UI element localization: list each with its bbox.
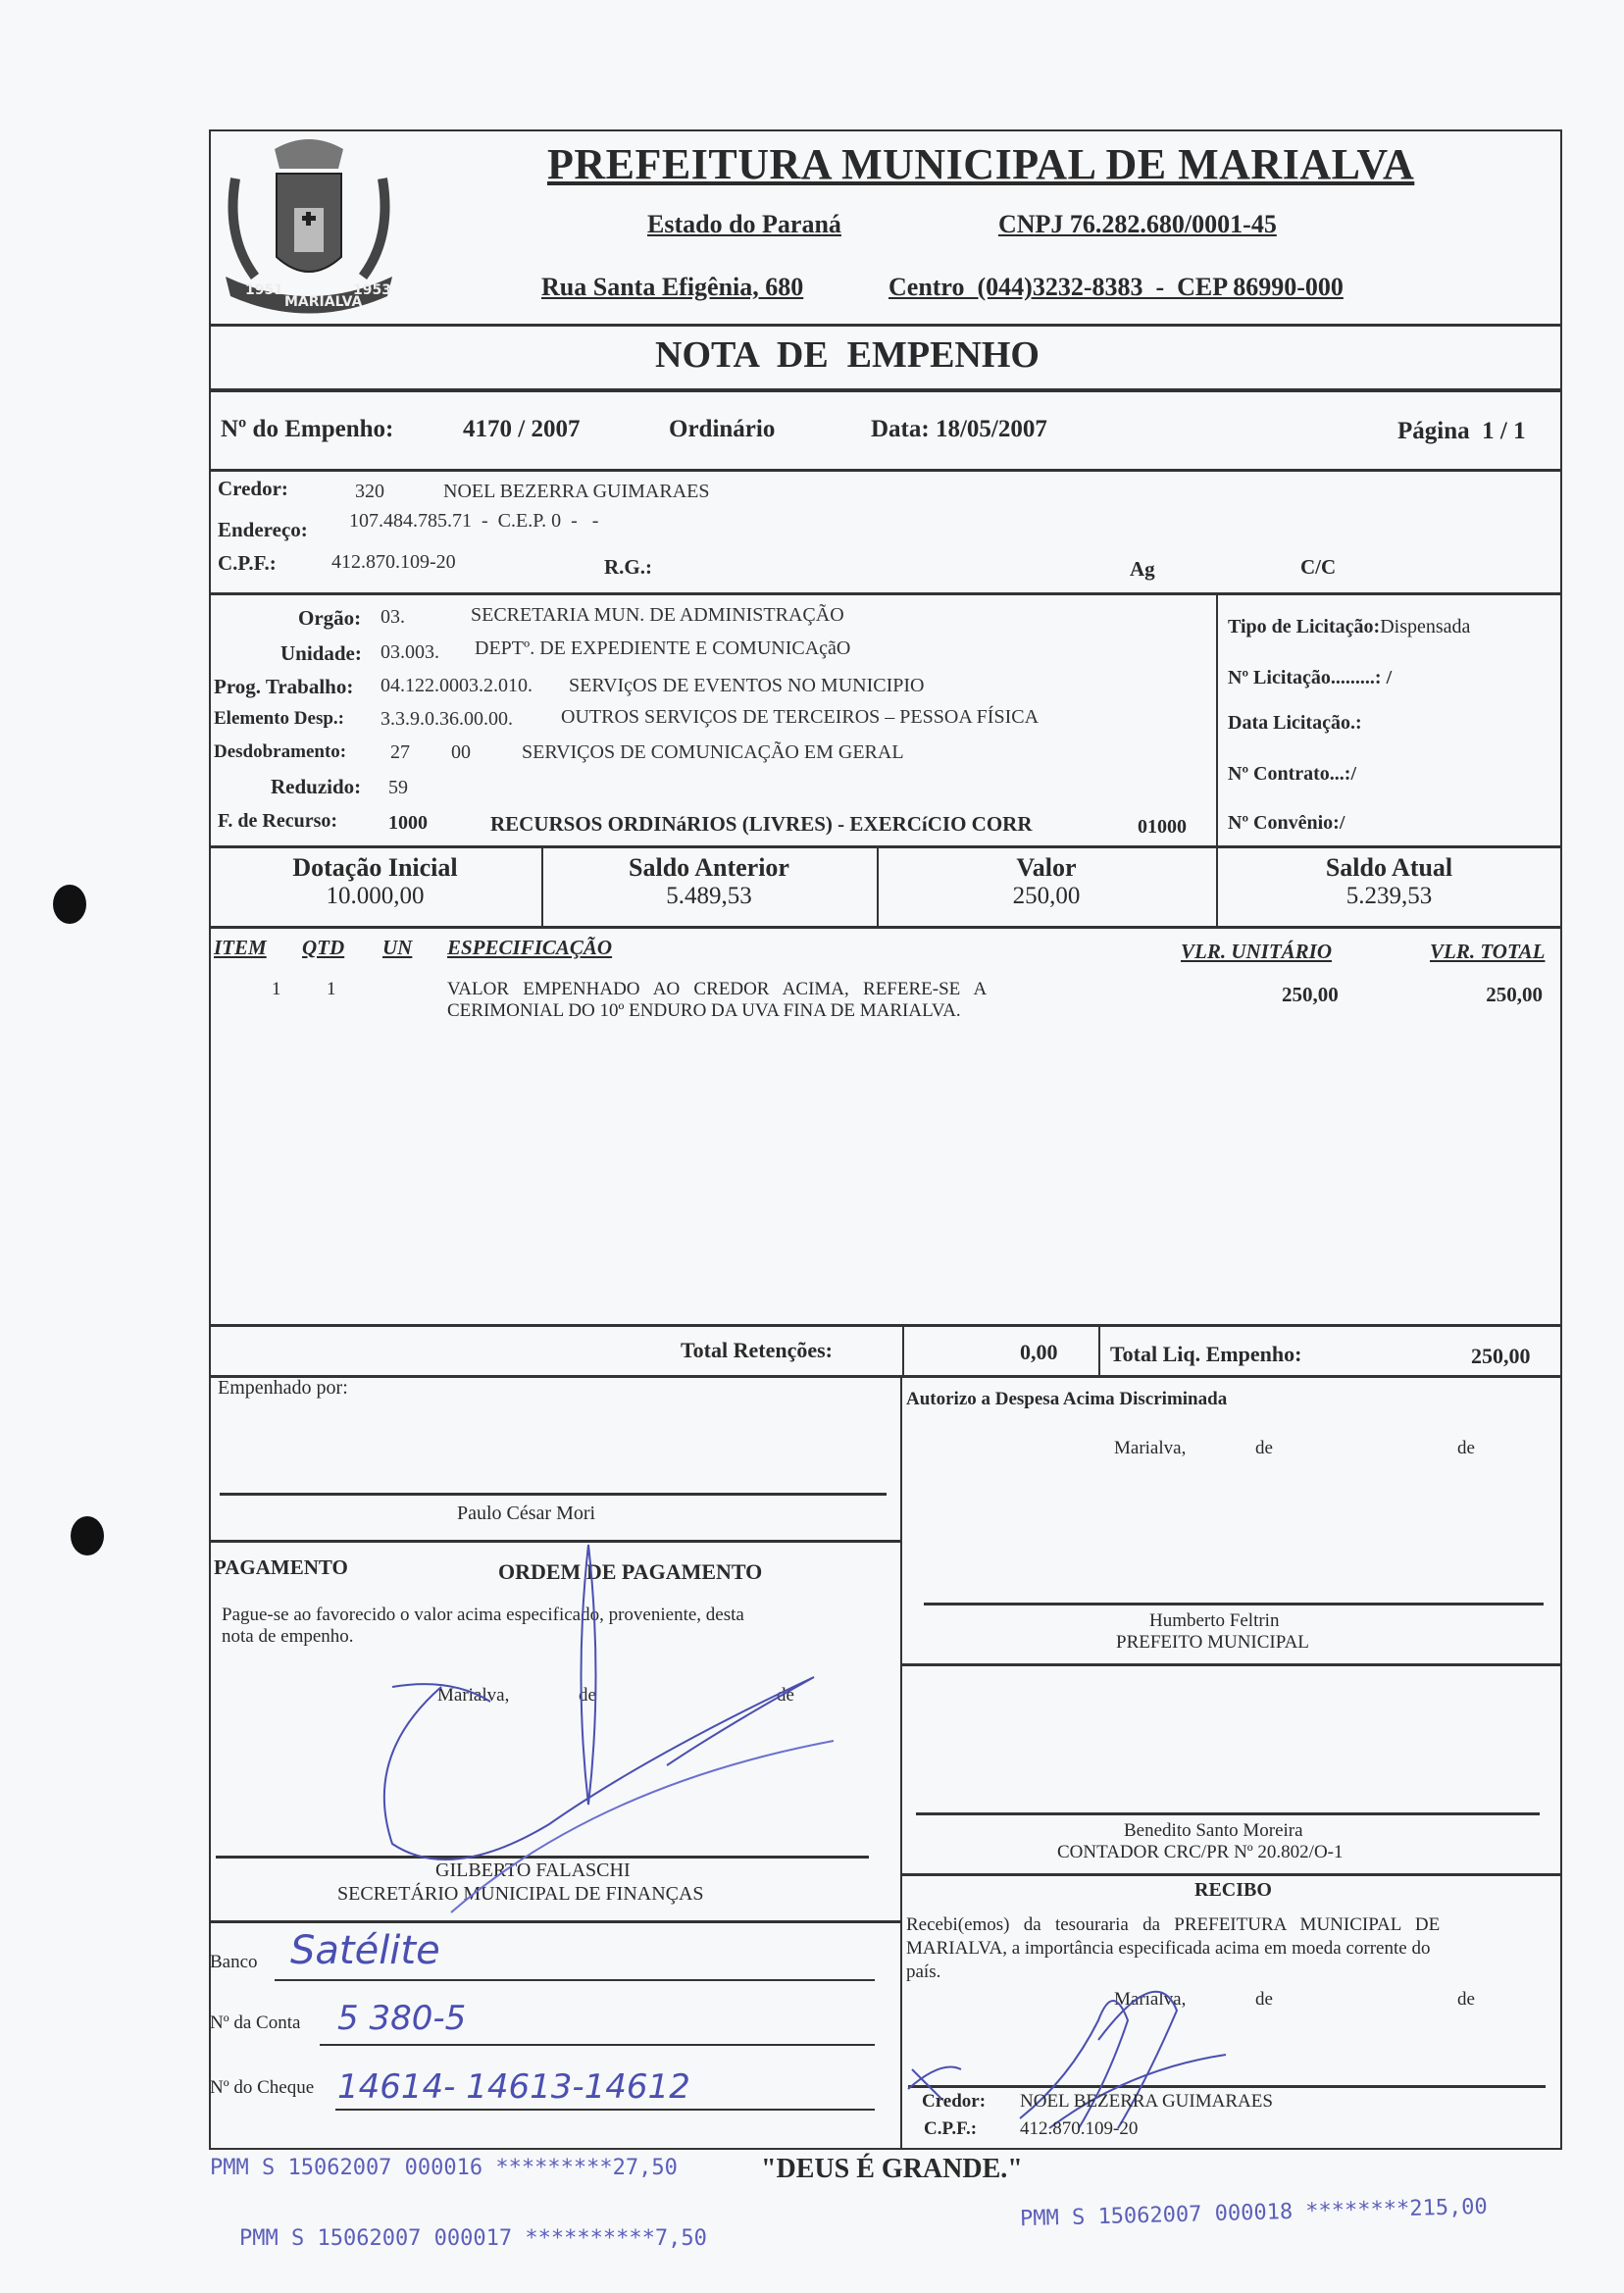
recibo-credor-value: NOEL BEZERRA GUIMARAES — [1020, 2091, 1273, 2113]
col-header-unit-value: VLR. UNITÁRIO — [1181, 940, 1332, 964]
prog-trabalho-desc: SERVIçOS DE EVENTOS NO MUNICIPIO — [569, 675, 924, 697]
credor-name: NOEL BEZERRA GUIMARAES — [443, 481, 709, 503]
balance-label: Dotação Inicial — [209, 853, 541, 883]
cpf-value: 412.870.109-20 — [331, 551, 456, 574]
empenho-date-label: Data: 18/05/2007 — [871, 416, 1047, 443]
elemento-desc: OUTROS SERVIÇOS DE TERCEIROS – PESSOA FÍ… — [561, 706, 1039, 729]
tipo-licitacao-value: Dispensada — [1380, 616, 1470, 637]
recibo-text-1: Recebi(emos) da tesouraria da PREFEITURA… — [906, 1914, 1440, 1936]
unit-value-cell: 250,00 — [1282, 983, 1339, 1007]
total-retencoes-value: 0,00 — [1020, 1340, 1058, 1365]
address-label: Rua Santa Efigênia, 680 — [541, 273, 803, 302]
col-header-qtd: QTD — [302, 936, 344, 960]
binder-hole-top — [53, 885, 86, 924]
binder-hole-bottom — [71, 1516, 104, 1555]
cash-register-stamp-2: PMM S 15062007 000017 **********7,50 — [239, 2226, 707, 2251]
balance-row: Dotação Inicial10.000,00Saldo Anterior5.… — [209, 847, 1562, 926]
svg-text:1951: 1951 — [245, 282, 283, 298]
elemento-label: Elemento Desp.: — [214, 708, 344, 730]
cnpj-label: CNPJ 76.282.680/0001-45 — [998, 210, 1277, 239]
reduzido-value: 59 — [388, 777, 408, 799]
conta-value[interactable]: 5 380-5 — [337, 1999, 466, 2038]
empenhado-signer: Paulo César Mori — [457, 1503, 595, 1525]
data-licitacao-label: Data Licitação.: — [1228, 712, 1362, 735]
recibo-title: RECIBO — [1194, 1879, 1272, 1902]
balance-label: Saldo Atual — [1216, 853, 1562, 883]
endereco-value: 107.484.785.71 - C.E.P. 0 - - — [349, 510, 598, 533]
orgao-desc: SECRETARIA MUN. DE ADMINISTRAÇÃO — [471, 604, 844, 627]
table-row: 11VALOR EMPENHADO AO CREDOR ACIMA, REFER… — [209, 977, 1562, 1036]
cash-register-stamp-1: PMM S 15062007 000016 *********27,50 — [210, 2156, 678, 2180]
balance-label: Valor — [877, 853, 1216, 883]
total-liq-value: 250,00 — [1471, 1344, 1531, 1369]
recibo-text-2: MARIALVA, a importância especificada aci… — [906, 1938, 1430, 1960]
contrato-label: Nº Contrato...:/ — [1228, 763, 1356, 786]
desdobramento-code1: 27 — [390, 741, 410, 764]
item-cell: 1 — [272, 979, 281, 1000]
unidade-desc: DEPTº. DE EXPEDIENTE E COMUNICAçãO — [475, 637, 850, 660]
autorizo-city: Marialva, — [1114, 1438, 1186, 1459]
municipality-title: PREFEITURA MUNICIPAL DE MARIALVA — [547, 139, 1414, 189]
balance-cell: Saldo Atual5.239,53 — [1216, 847, 1562, 926]
balance-value: 5.239,53 — [1216, 883, 1562, 910]
recibo-de2: de — [1457, 1989, 1475, 2011]
banco-value[interactable]: Satélite — [290, 1928, 440, 1973]
conta-label: Nº da Conta — [210, 2013, 300, 2034]
orgao-code: 03. — [381, 606, 405, 629]
total-value-cell: 250,00 — [1486, 983, 1543, 1007]
desdobramento-label: Desdobramento: — [214, 741, 346, 763]
autorizo-de1: de — [1255, 1438, 1273, 1459]
col-header-item: ITEM — [214, 936, 267, 960]
balance-value: 10.000,00 — [209, 883, 541, 910]
unidade-label: Unidade: — [280, 641, 362, 666]
empenhado-por-label: Empenhado por: — [218, 1377, 348, 1400]
cash-register-stamp-3: PMM S 15062007 000018 ********215,00 — [1020, 2195, 1488, 2231]
cheque-label: Nº do Cheque — [210, 2077, 314, 2099]
balance-value: 5.489,53 — [541, 883, 877, 910]
orgao-label: Orgão: — [298, 606, 361, 631]
page-indicator: Página 1 / 1 — [1397, 418, 1526, 445]
balance-value: 250,00 — [877, 883, 1216, 910]
document-title: NOTA DE EMPENHO — [655, 333, 1040, 377]
contador-signer: Benedito Santo Moreira — [1124, 1820, 1303, 1842]
banco-label: Banco — [210, 1952, 258, 1973]
total-liq-label: Total Liq. Empenho: — [1110, 1342, 1301, 1367]
recurso-label: F. de Recurso: — [218, 810, 337, 833]
pagamento-text-2: nota de empenho. — [222, 1626, 354, 1648]
recibo-cpf-label: C.P.F.: — [924, 2118, 977, 2140]
cpf-label: C.P.F.: — [218, 551, 277, 576]
col-header-un: UN — [382, 936, 412, 960]
prog-trabalho-label: Prog. Trabalho: — [214, 675, 353, 699]
ag-label: Ag — [1130, 557, 1155, 582]
municipal-crest-icon: 1951 MARIALVA 1953 — [216, 129, 402, 326]
balance-cell: Valor250,00 — [877, 847, 1216, 926]
empenho-number-label: Nº do Empenho: — [221, 416, 393, 443]
balance-cell: Dotação Inicial10.000,00 — [209, 847, 541, 926]
recurso-desc: RECURSOS ORDINáRIOS (LIVRES) - EXERCíCIO… — [490, 812, 1033, 837]
credor-code: 320 — [355, 481, 384, 503]
cheque-value[interactable]: 14614- 14613-14612 — [337, 2067, 690, 2107]
elemento-code: 3.3.9.0.36.00.00. — [381, 708, 513, 731]
desdobramento-desc: SERVIÇOS DE COMUNICAÇÃO EM GERAL — [522, 741, 904, 764]
recurso-code2: 01000 — [1138, 816, 1187, 839]
autorizo-label: Autorizo a Despesa Acima Discriminada — [906, 1389, 1227, 1410]
col-header-total-value: VLR. TOTAL — [1430, 940, 1545, 964]
contador-role: CONTADOR CRC/PR Nº 20.802/O-1 — [1057, 1842, 1344, 1863]
recibo-cpf-value: 412.870.109-20 — [1020, 2118, 1138, 2140]
autorizo-de2: de — [1457, 1438, 1475, 1459]
prog-trabalho-code: 04.122.0003.2.010. — [381, 675, 533, 697]
svg-text:1953: 1953 — [353, 282, 391, 298]
contact-label: Centro (044)3232-8383 - CEP 86990-000 — [888, 273, 1344, 302]
unidade-code: 03.003. — [381, 641, 439, 664]
desdobramento-code2: 00 — [451, 741, 471, 764]
balance-cell: Saldo Anterior5.489,53 — [541, 847, 877, 926]
rg-label: R.G.: — [604, 555, 652, 580]
reduzido-label: Reduzido: — [271, 775, 361, 799]
autorizo-signer: Humberto Feltrin — [1149, 1610, 1279, 1632]
handwritten-signature-icon — [353, 1530, 863, 1942]
col-header-spec: ESPECIFICAÇÃO — [447, 936, 612, 960]
numero-licitacao-label: Nº Licitação.........: / — [1228, 667, 1392, 689]
pagamento-label: PAGAMENTO — [214, 1555, 348, 1580]
endereco-label: Endereço: — [218, 518, 308, 542]
cc-label: C/C — [1300, 555, 1336, 580]
empenho-number: 4170 / 2007 — [463, 416, 580, 443]
qtd-cell: 1 — [327, 979, 336, 1000]
recibo-credor-label: Credor: — [922, 2091, 986, 2113]
credor-label: Credor: — [218, 477, 288, 501]
recurso-code: 1000 — [388, 812, 428, 835]
empenho-type: Ordinário — [669, 416, 775, 443]
state-label: Estado do Paraná — [647, 210, 841, 239]
svg-text:MARIALVA: MARIALVA — [284, 294, 362, 310]
motto: "DEUS É GRANDE." — [761, 2154, 1023, 2185]
total-retencoes-label: Total Retenções: — [681, 1338, 833, 1363]
spec-cell: VALOR EMPENHADO AO CREDOR ACIMA, REFERE-… — [447, 979, 987, 1000]
empenho-date: 18/05/2007 — [936, 416, 1047, 442]
balance-label: Saldo Anterior — [541, 853, 877, 883]
tipo-licitacao-label: Tipo de Licitação:Dispensada — [1228, 616, 1470, 638]
spec-cell: CERIMONIAL DO 10º ENDURO DA UVA FINA DE … — [447, 1000, 961, 1022]
convenio-label: Nº Convênio:/ — [1228, 812, 1345, 835]
autorizo-signer-role: PREFEITO MUNICIPAL — [1116, 1632, 1309, 1654]
